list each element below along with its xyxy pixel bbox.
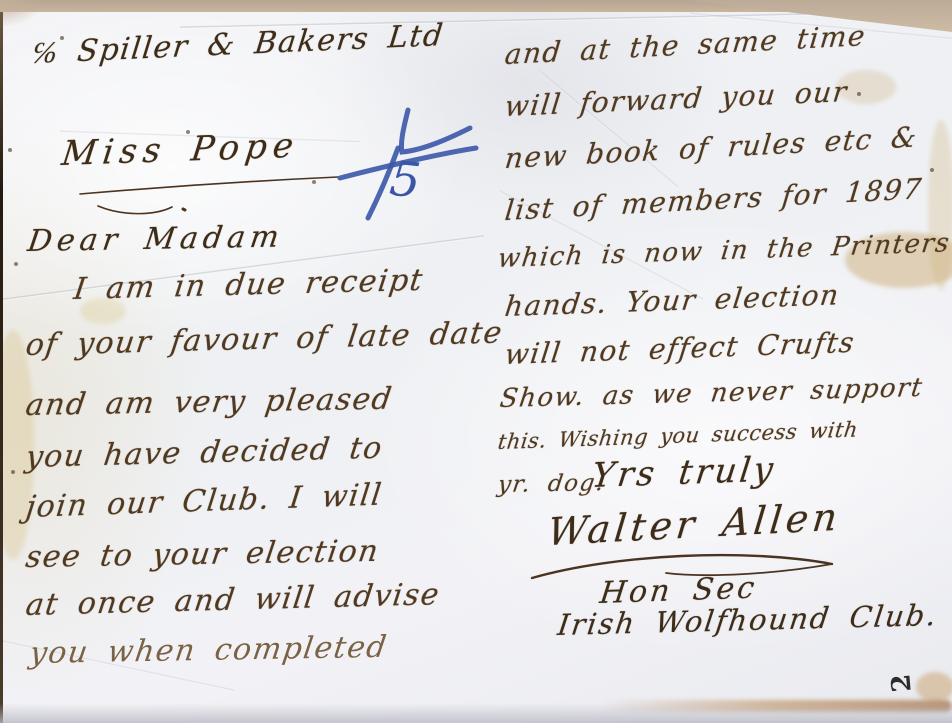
ink-speck xyxy=(857,92,861,96)
paper-edge-left xyxy=(0,12,3,723)
body-line: hands. Your election xyxy=(503,278,842,323)
body-line: Show. as we never support xyxy=(498,373,925,414)
body-line: I am in due receipt xyxy=(72,263,426,307)
body-line: new book of rules etc & xyxy=(503,120,919,175)
ink-speck xyxy=(11,470,15,474)
stain xyxy=(928,120,952,290)
valediction: Yrs truly xyxy=(590,449,779,496)
body-line: you have decided to xyxy=(24,431,385,475)
salutation: Dear Madam xyxy=(26,219,287,259)
body-line: will not effect Crufts xyxy=(503,326,857,371)
stain xyxy=(916,672,952,702)
body-line: join our Club. I will xyxy=(24,477,385,525)
page-number: 2 xyxy=(886,673,917,694)
paper-edge-bottom xyxy=(0,703,952,723)
paper-sheet: ℅ Spiller & Bakers Ltd Miss Pope 5 Dear … xyxy=(0,10,952,723)
body-line: this. Wishing you success with xyxy=(497,417,860,454)
body-line: see to your election xyxy=(24,534,382,575)
recipient-name: Miss Pope xyxy=(60,126,302,174)
ink-speck xyxy=(14,262,18,266)
ink-speck xyxy=(930,168,934,172)
body-line: and am very pleased xyxy=(24,382,396,423)
scanned-letter: ℅ Spiller & Bakers Ltd Miss Pope 5 Dear … xyxy=(0,0,952,723)
body-line: and at the same time xyxy=(503,19,868,71)
ink-speck xyxy=(8,148,12,152)
scan-backing-corner xyxy=(0,0,42,26)
blue-mark-digit: 5 xyxy=(387,151,423,210)
body-line: list of members for 1897 xyxy=(503,172,924,227)
body-line: at once and will advise xyxy=(24,577,443,623)
body-line: you when completed xyxy=(28,630,390,671)
recipient-underline xyxy=(70,168,350,224)
